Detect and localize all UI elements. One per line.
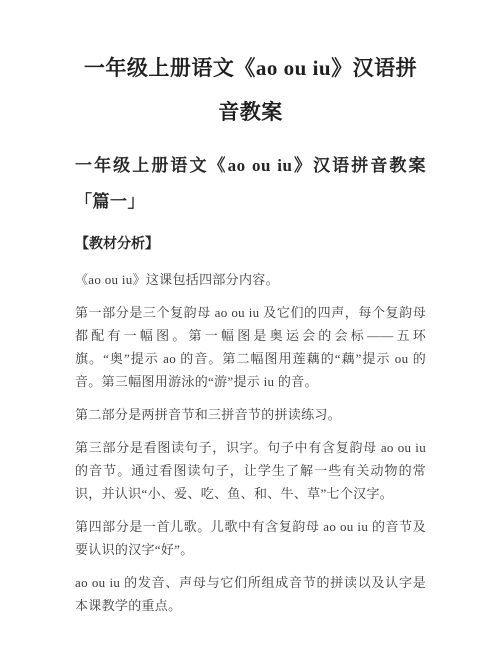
section-heading-material-analysis: 【教材分析】 bbox=[75, 235, 426, 255]
paragraph-part3: 第三部分是看图读句子，识字。句子中有含复韵母 ao ou iu 的音节。通过看图… bbox=[75, 436, 426, 505]
paragraph-part2: 第二部分是两拼音节和三拼音节的拼读练习。 bbox=[75, 403, 426, 426]
paragraph-summary: ao ou iu 的发音、声母与它们所组成音节的拼读以及认字是本课教学的重点。 bbox=[75, 571, 426, 617]
paragraph-intro: 《ao ou iu》这课包括四部分内容。 bbox=[75, 268, 426, 291]
paragraph-part1: 第一部分是三个复韵母 ao ou iu 及它们的四声，每个复韵母都配有一幅图。第… bbox=[75, 301, 426, 393]
paragraph-part4: 第四部分是一首儿歌。儿歌中有含复韵母 ao ou iu 的音节及要认识的汉字“好… bbox=[75, 515, 426, 561]
document-subtitle: 一年级上册语文《ao ou iu》汉语拼音教案「篇一」 bbox=[75, 148, 426, 220]
document-page: 一年级上册语文《ao ou iu》汉语拼音教案 一年级上册语文《ao ou iu… bbox=[0, 0, 500, 647]
document-title: 一年级上册语文《ao ou iu》汉语拼音教案 bbox=[75, 46, 426, 134]
